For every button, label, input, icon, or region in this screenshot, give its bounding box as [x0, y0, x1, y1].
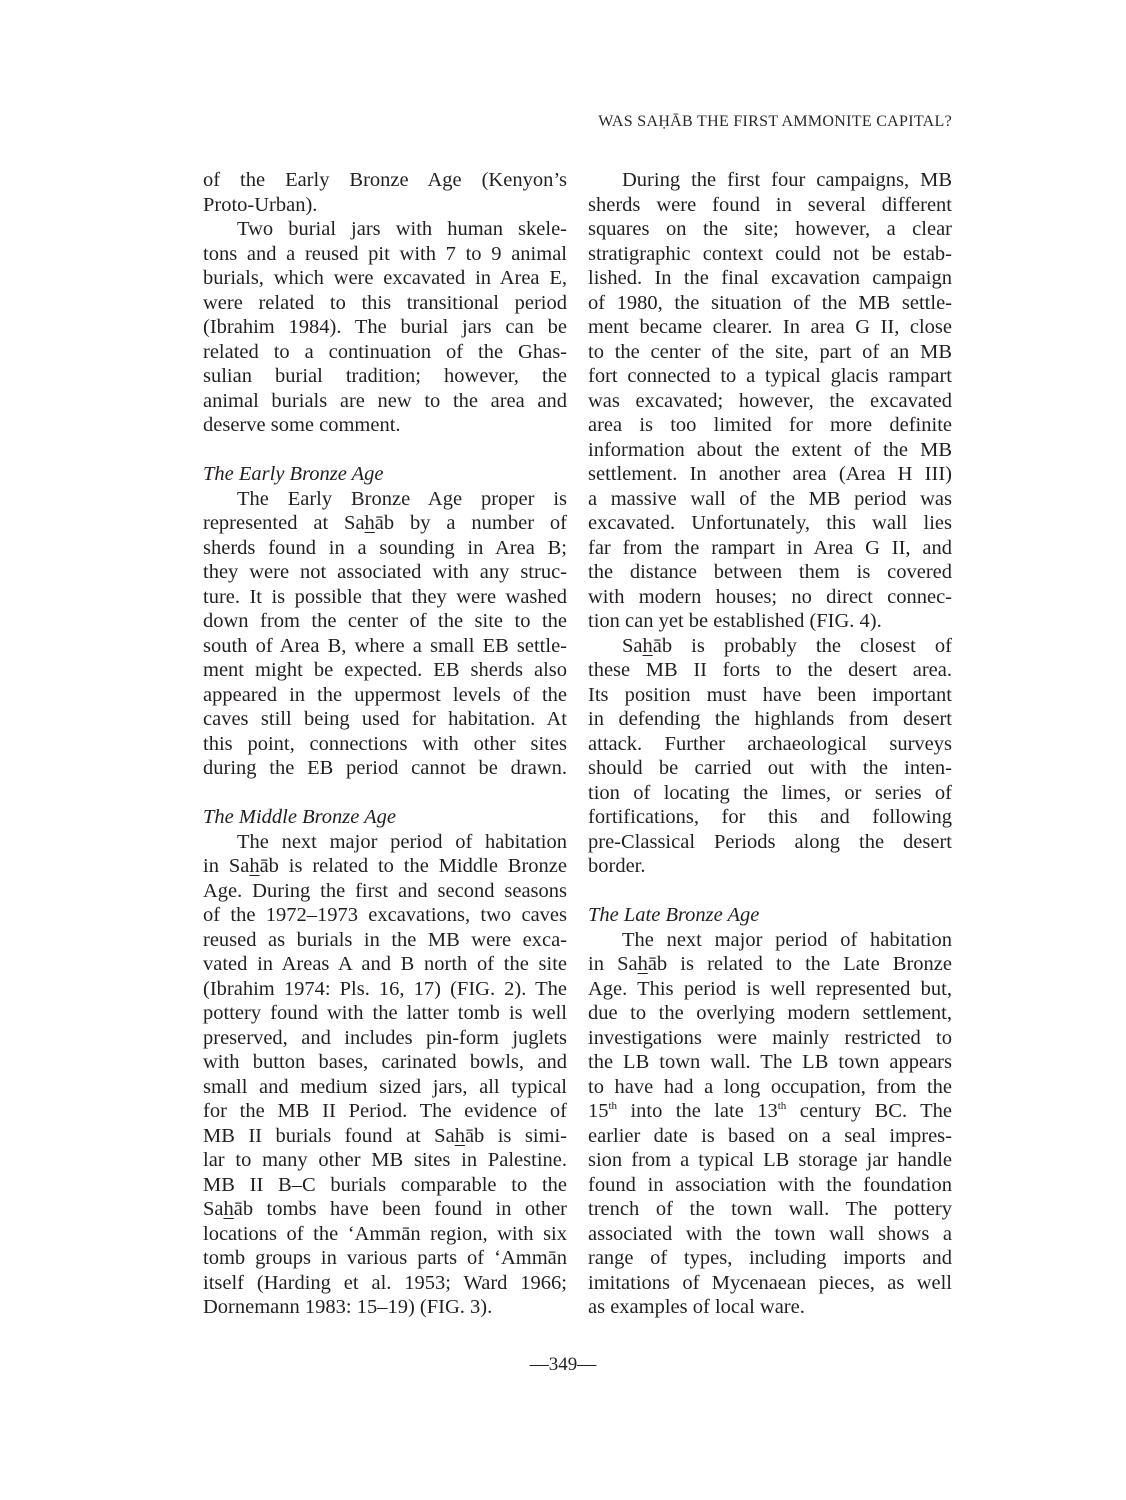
text-line: related to a continuation of the Ghas-: [203, 340, 567, 365]
text-line: burials, which were excavated in Area E,: [203, 266, 567, 291]
text-line: excavated. Unfortunately, this wall lies: [588, 511, 952, 536]
text-line: were related to this transitional period: [203, 291, 567, 316]
text-line: a massive wall of the MB period was: [588, 487, 952, 512]
text-line: sherds were found in several different: [588, 193, 952, 218]
paragraph: The next major period of habitationin Sa…: [588, 928, 952, 1320]
text-line: with button bases, carinated bowls, and: [203, 1050, 567, 1075]
paragraph: Sahāb is probably the closest ofthese MB…: [588, 634, 952, 879]
text-line: locations of the ‘Ammān region, with six: [203, 1222, 567, 1247]
paragraph: During the first four campaigns, MBsherd…: [588, 168, 952, 634]
text-line: for the MB II Period. The evidence of: [203, 1099, 567, 1124]
paragraph: Two burial jars with human skele-tons an…: [203, 217, 567, 438]
text-line: in Sahāb is related to the Middle Bronze: [203, 854, 567, 879]
text-line: Age. During the first and second seasons: [203, 879, 567, 904]
text-line: sion from a typical LB storage jar handl…: [588, 1148, 952, 1173]
text-line: to the center of the site, part of an MB: [588, 340, 952, 365]
text-line: information about the extent of the MB: [588, 438, 952, 463]
text-line: found in association with the foundation: [588, 1173, 952, 1198]
text-line: MB II B–C burials comparable to the: [203, 1173, 567, 1198]
text-line: far from the rampart in Area G II, and: [588, 536, 952, 561]
text-line: of the Early Bronze Age (Kenyon’s: [203, 168, 567, 193]
text-line: imitations of Mycenaean pieces, as well: [588, 1271, 952, 1296]
text-line: they were not associated with any struc-: [203, 560, 567, 585]
text-line: associated with the town wall shows a: [588, 1222, 952, 1247]
text-line: Age. This period is well represented but…: [588, 977, 952, 1002]
text-line: was excavated; however, the excavated: [588, 389, 952, 414]
text-line: in defending the highlands from desert: [588, 707, 952, 732]
text-line: range of types, including imports and: [588, 1246, 952, 1271]
text-line: Two burial jars with human skele-: [203, 217, 567, 242]
text-line: border.: [588, 854, 952, 879]
text-line: Sahāb tombs have been found in other: [203, 1197, 567, 1222]
section-heading-early-bronze-age: The Early Bronze Age: [203, 462, 567, 487]
text-line: should be carried out with the inten-: [588, 756, 952, 781]
text-line: Dornemann 1983: 15–19) (FIG. 3).: [203, 1295, 567, 1320]
text-line: tomb groups in various parts of ‘Ammān: [203, 1246, 567, 1271]
text-line: to have had a long occupation, from the: [588, 1075, 952, 1100]
text-line: area is too limited for more definite: [588, 413, 952, 438]
document-page: WAS SAḤĀB THE FIRST AMMONITE CAPITAL? of…: [0, 0, 1126, 1500]
text-line: Proto-Urban).: [203, 193, 567, 218]
text-line: 15th into the late 13th century BC. The: [588, 1099, 952, 1124]
text-line: this point, connections with other sites: [203, 732, 567, 757]
section-heading-late-bronze-age: The Late Bronze Age: [588, 903, 952, 928]
text-line: lar to many other MB sites in Palestine.: [203, 1148, 567, 1173]
text-line: attack. Further archaeological surveys: [588, 732, 952, 757]
text-line: trench of the town wall. The pottery: [588, 1197, 952, 1222]
text-line: deserve some comment.: [203, 413, 567, 438]
text-line: Sahāb is probably the closest of: [588, 634, 952, 659]
right-column: During the first four campaigns, MBsherd…: [588, 168, 952, 1320]
text-line: vated in Areas A and B north of the site: [203, 952, 567, 977]
text-line: sulian burial tradition; however, the: [203, 364, 567, 389]
text-line: Its position must have been important: [588, 683, 952, 708]
text-line: small and medium sized jars, all typical: [203, 1075, 567, 1100]
text-line: reused as burials in the MB were exca-: [203, 928, 567, 953]
text-line: preserved, and includes pin-form juglets: [203, 1026, 567, 1051]
text-line: of 1980, the situation of the MB settle-: [588, 291, 952, 316]
paragraph: The Early Bronze Age proper isrepresente…: [203, 487, 567, 781]
text-line: sherds found in a sounding in Area B;: [203, 536, 567, 561]
text-line: The next major period of habitation: [588, 928, 952, 953]
text-line: (Ibrahim 1974: Pls. 16, 17) (FIG. 2). Th…: [203, 977, 567, 1002]
text-line: represented at Sahāb by a number of: [203, 511, 567, 536]
text-line: during the EB period cannot be drawn.: [203, 756, 567, 781]
paragraph: of the Early Bronze Age (Kenyon’sProto-U…: [203, 168, 567, 217]
text-line: appeared in the uppermost levels of the: [203, 683, 567, 708]
text-line: pottery found with the latter tomb is we…: [203, 1001, 567, 1026]
left-column: of the Early Bronze Age (Kenyon’sProto-U…: [203, 168, 567, 1320]
running-head: WAS SAḤĀB THE FIRST AMMONITE CAPITAL?: [598, 113, 952, 131]
text-line: stratigraphic context could not be estab…: [588, 242, 952, 267]
text-line: fortifications, for this and following: [588, 805, 952, 830]
page-number: —349—: [0, 1354, 1126, 1376]
text-line: animal burials are new to the area and: [203, 389, 567, 414]
text-line: fort connected to a typical glacis rampa…: [588, 364, 952, 389]
text-line: in Sahāb is related to the Late Bronze: [588, 952, 952, 977]
text-line: caves still being used for habitation. A…: [203, 707, 567, 732]
text-line: due to the overlying modern settlement,: [588, 1001, 952, 1026]
text-line: tion of locating the limes, or series of: [588, 781, 952, 806]
text-line: tion can yet be established (FIG. 4).: [588, 609, 952, 634]
text-line: the LB town wall. The LB town appears: [588, 1050, 952, 1075]
text-line: earlier date is based on a seal impres-: [588, 1124, 952, 1149]
text-line: lished. In the final excavation campaign: [588, 266, 952, 291]
text-line: itself (Harding et al. 1953; Ward 1966;: [203, 1271, 567, 1296]
text-line: as examples of local ware.: [588, 1295, 952, 1320]
text-line: down from the center of the site to the: [203, 609, 567, 634]
text-line: with modern houses; no direct connec-: [588, 585, 952, 610]
paragraph: The next major period of habitationin Sa…: [203, 830, 567, 1320]
text-line: south of Area B, where a small EB settle…: [203, 634, 567, 659]
text-line: squares on the site; however, a clear: [588, 217, 952, 242]
text-line: MB II burials found at Sahāb is simi-: [203, 1124, 567, 1149]
section-heading-middle-bronze-age: The Middle Bronze Age: [203, 805, 567, 830]
text-line: settlement. In another area (Area H III): [588, 462, 952, 487]
text-line: ment became clearer. In area G II, close: [588, 315, 952, 340]
text-line: ment might be expected. EB sherds also: [203, 658, 567, 683]
text-line: of the 1972–1973 excavations, two caves: [203, 903, 567, 928]
text-line: ture. It is possible that they were wash…: [203, 585, 567, 610]
text-line: The Early Bronze Age proper is: [203, 487, 567, 512]
text-line: (Ibrahim 1984). The burial jars can be: [203, 315, 567, 340]
text-line: investigations were mainly restricted to: [588, 1026, 952, 1051]
text-line: The next major period of habitation: [203, 830, 567, 855]
text-line: pre-Classical Periods along the desert: [588, 830, 952, 855]
text-line: these MB II forts to the desert area.: [588, 658, 952, 683]
text-line: the distance between them is covered: [588, 560, 952, 585]
text-line: tons and a reused pit with 7 to 9 animal: [203, 242, 567, 267]
text-line: During the first four campaigns, MB: [588, 168, 952, 193]
